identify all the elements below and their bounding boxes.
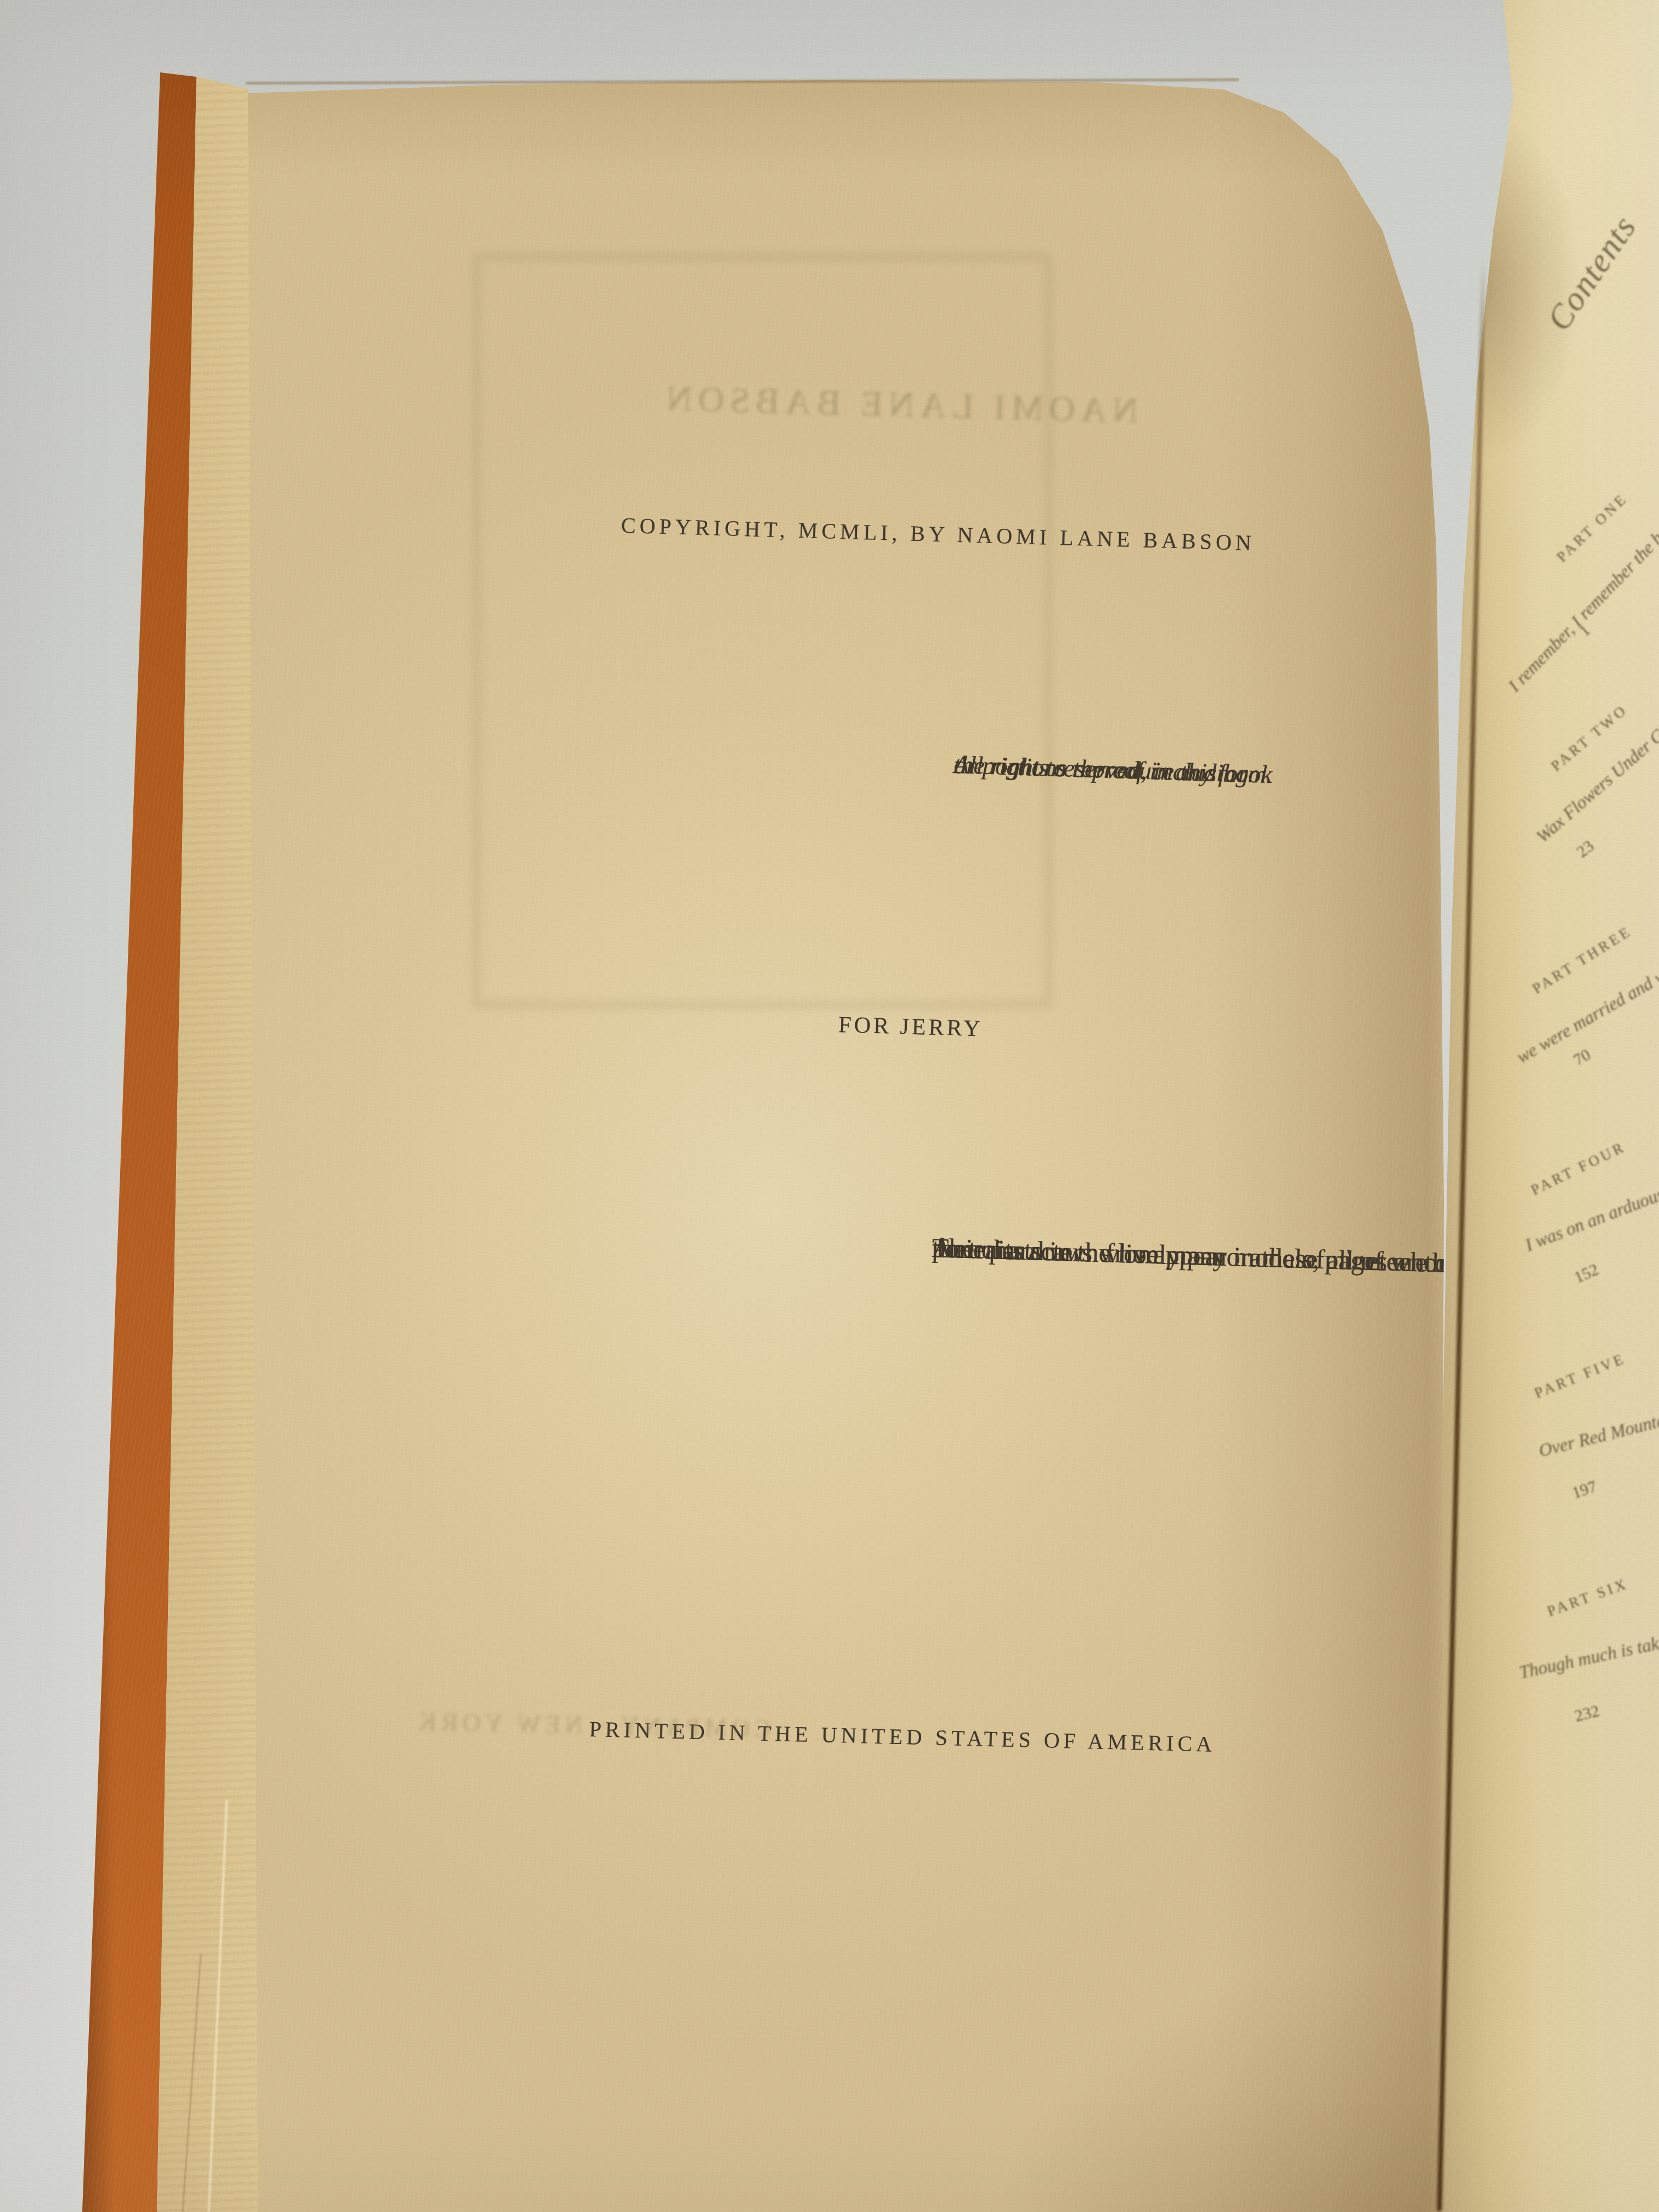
toc-entry-3-part: PART THREE: [1530, 923, 1635, 997]
note-line-4: America.: [931, 1224, 1034, 1274]
toc-entry-6-page: 232: [1573, 1702, 1601, 1726]
toc-entry-3-page: 70: [1571, 1046, 1594, 1070]
toc-entry-5-page: 197: [1570, 1477, 1599, 1503]
toc-entry-5-title: Over Red Mountain: [1537, 1407, 1659, 1462]
toc-entry-5-part: PART FIVE: [1532, 1350, 1628, 1402]
dedication-text: FOR JERRY: [838, 1012, 983, 1042]
ghost-border-bleedthrough: [472, 252, 1053, 1009]
toc-entry-6-title: Though much is taken, much abides: [1517, 1610, 1659, 1684]
toc-entry-1-title: I remember, I remember the house where I…: [1505, 411, 1659, 696]
toc-entry-1-part: PART ONE: [1553, 490, 1630, 566]
ghost-publisher-text: COMPANY · NEW YORK: [414, 1707, 771, 1743]
contents-header: Contents: [1539, 208, 1644, 338]
toc-entry-6-part: PART SIX: [1545, 1575, 1630, 1620]
toc-entry-4-page: 152: [1572, 1260, 1602, 1287]
toc-entry-2-page: 23: [1573, 837, 1598, 861]
toc-entry-4-part: PART FOUR: [1528, 1138, 1629, 1199]
book-photo: Contents PART ONE I remember, I remember…: [0, 0, 1659, 2212]
